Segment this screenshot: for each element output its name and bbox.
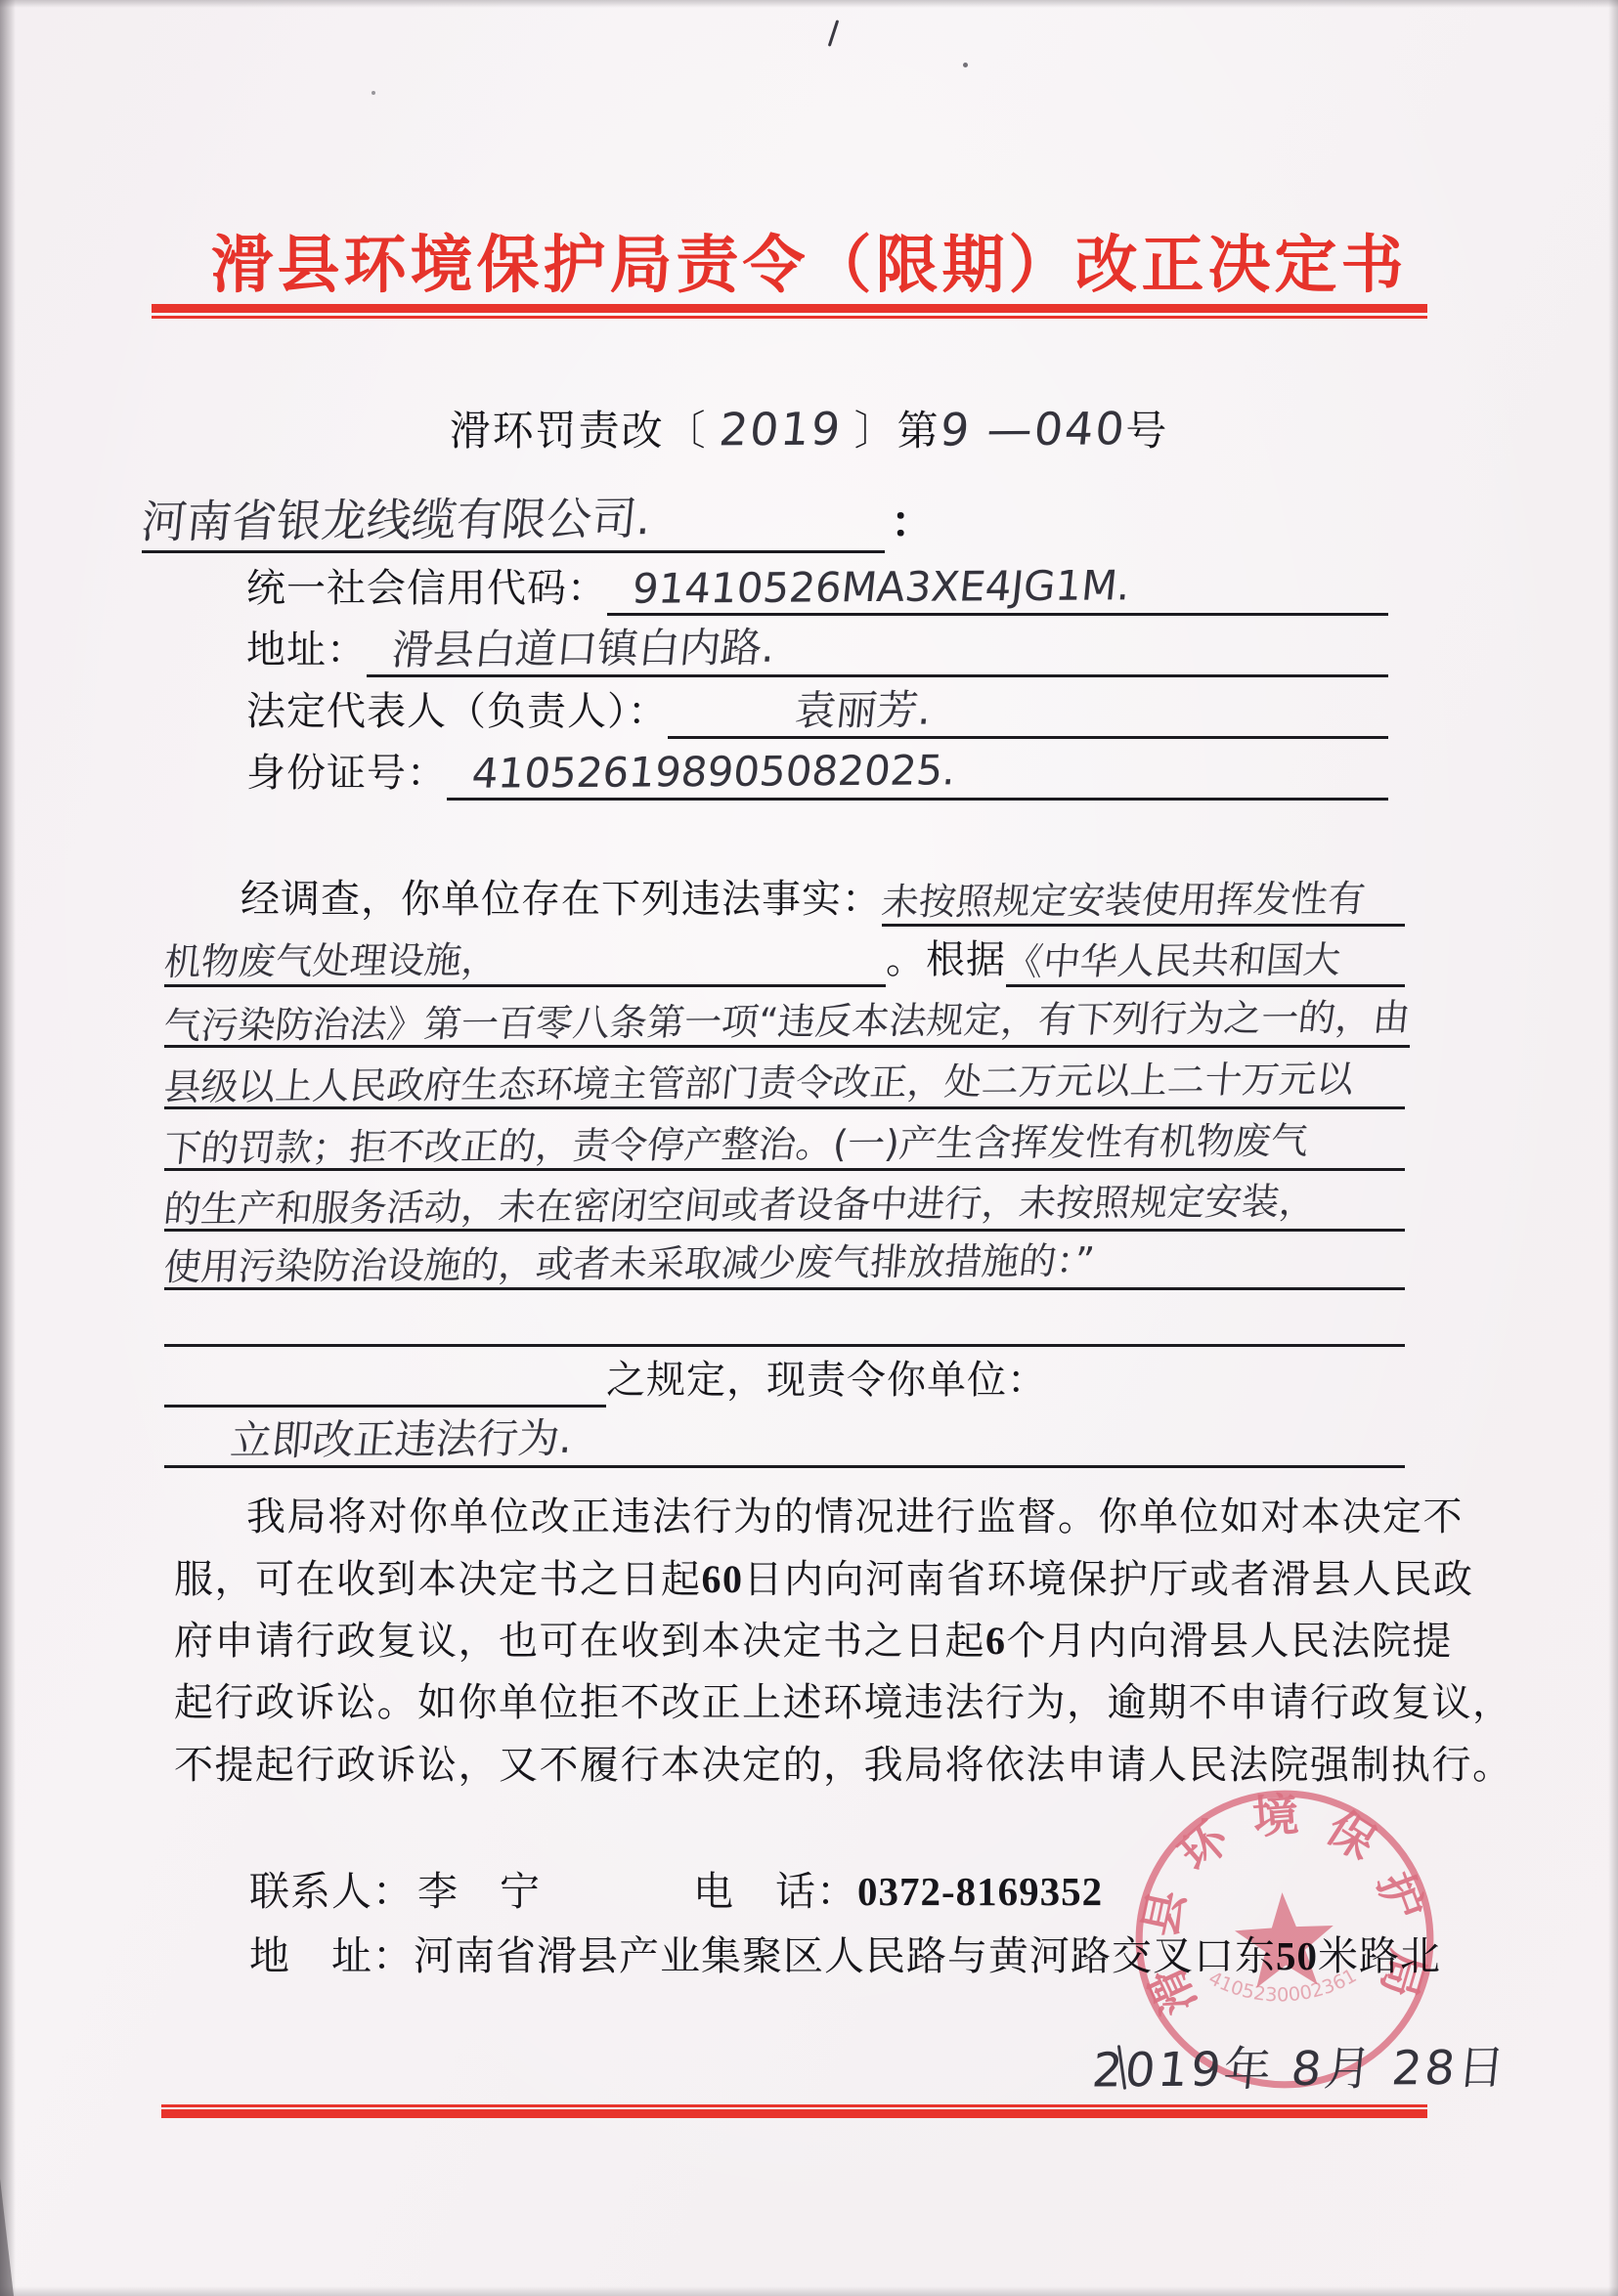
scan-edge-right bbox=[1608, 0, 1618, 2296]
recipient-line: 河南省银龙线缆有限公司. ： bbox=[142, 485, 934, 553]
recipient-name-handwritten: 河南省银龙线缆有限公司. bbox=[139, 490, 654, 551]
star-icon bbox=[1233, 1890, 1336, 1989]
body-paragraph-line: 不提起行政诉讼，又不履行本决定的，我局将依法申请人民法院强制执行。 bbox=[174, 1742, 1513, 1789]
field-row-id-number: 身份证号： 410526198905082025. bbox=[246, 744, 1388, 801]
order-line: 立即改正违法行为. bbox=[164, 1415, 1405, 1468]
handwritten-underlined: 使用污染防治设施的，或者未采取减少废气排放措施的：” bbox=[164, 1241, 1405, 1291]
handwritten-underlined: 下的罚款；拒不改正的，责令停产整治。(一)产生含挥发性有机物废气 bbox=[164, 1122, 1405, 1172]
field-row-address: 地址： 滑县白道口镇白内路. bbox=[246, 621, 1388, 677]
handwritten-text: 机物废气处理设施， bbox=[162, 936, 502, 985]
findings-line-6: 的生产和服务活动，未在密闭空间或者设备中进行，未按照规定安装， bbox=[164, 1179, 1405, 1232]
doc-number-year-handwritten: 2019 bbox=[717, 403, 844, 456]
handwritten-underlined: 的生产和服务活动，未在密闭空间或者设备中进行，未按照规定安装， bbox=[164, 1183, 1405, 1233]
date-text: 2019年 8月 28日 bbox=[1089, 2030, 1510, 2101]
footer-rule bbox=[161, 2104, 1427, 2118]
body-text: 服，可在收到本决定书之日起 bbox=[174, 1557, 702, 1601]
body-text: 我局将对你单位改正违法行为的情况进行监督。你单位如对本决定不 bbox=[246, 1495, 1464, 1538]
doc-number-suffix: 号 bbox=[1125, 410, 1168, 455]
handwritten-underlined: 立即改正违法行为. bbox=[164, 1414, 1405, 1469]
handwritten-text: 《中华人民共和国大 bbox=[1004, 936, 1343, 985]
body-text: 府申请行政复议，也可在收到本决定书之日起 bbox=[174, 1619, 985, 1663]
page-title: 滑县环境保护局责令（限期）改正决定书 bbox=[0, 215, 1618, 305]
body-text: 个月内向滑县人民法院提 bbox=[1007, 1619, 1454, 1663]
handwritten-text: 下的罚款；拒不改正的，责令停产整治。(一)产生含挥发性有机物废气 bbox=[161, 1117, 1310, 1172]
address-label: 地 址： bbox=[249, 1933, 414, 1978]
clause-tail: 之规定，现责令你单位： bbox=[606, 1349, 1047, 1408]
field-value-underline: 袁丽芳. bbox=[668, 685, 1388, 740]
body-paragraph-line: 服，可在收到本决定书之日起60日内向河南省环境保护厅或者滑县人民政 bbox=[174, 1556, 1474, 1603]
body-number: 60 bbox=[702, 1557, 744, 1601]
findings-line-2: 机物废气处理设施， 。根据 《中华人民共和国大 bbox=[164, 934, 1405, 987]
field-value-handwritten: 滑县白道口镇白内路. bbox=[389, 622, 777, 675]
field-value-handwritten: 91410526MA3XE4JG1M. bbox=[630, 560, 1132, 615]
field-label: 地址： bbox=[246, 619, 367, 677]
doc-number: 滑环罚责改〔 2019 〕第9 —040号 bbox=[0, 399, 1618, 457]
phone-number: 0372-8169352 bbox=[857, 1869, 1103, 1914]
field-row-credit-code: 统一社会信用代码： 91410526MA3XE4JG1M. bbox=[246, 559, 1388, 616]
handwritten-text: 的生产和服务活动，未在密闭空间或者设备中进行，未按照规定安装， bbox=[161, 1178, 1319, 1233]
scan-edge-left bbox=[0, 0, 16, 2296]
findings-line-7: 使用污染防治设施的，或者未采取减少废气排放措施的：” bbox=[164, 1237, 1405, 1290]
field-label: 统一社会信用代码： bbox=[246, 557, 607, 616]
scan-artifact bbox=[828, 20, 840, 47]
field-value-underline: 91410526MA3XE4JG1M. bbox=[607, 562, 1388, 617]
scan-artifact bbox=[963, 63, 968, 67]
date-handwritten: 2019年 8月 28日 bbox=[1093, 2031, 1508, 2099]
field-label: 法定代表人（负责人）： bbox=[246, 680, 668, 739]
findings-lead: 经调查，你单位存在下列违法事实： bbox=[164, 868, 882, 927]
handwritten-underlined: 机物废气处理设施， bbox=[164, 938, 886, 988]
handwritten-text: 县级以上人民政府生态环境主管部门责令改正，处二万元以上二十万元以 bbox=[161, 1056, 1356, 1110]
scanned-document: 滑县环境保护局责令（限期）改正决定书 滑环罚责改〔 2019 〕第9 —040号… bbox=[0, 0, 1618, 2296]
handwritten-text: 未按照规定安装使用挥发性有 bbox=[879, 876, 1367, 926]
blank-underline bbox=[164, 1294, 1405, 1347]
findings-line-4: 县级以上人民政府生态环境主管部门责令改正，处二万元以上二十万元以 bbox=[164, 1057, 1405, 1109]
doc-number-mid: 〕第 bbox=[842, 410, 940, 455]
handwritten-underlined: 气污染防治法》第一百零八条第一项“违反本法规定，有下列行为之一的，由 bbox=[164, 999, 1410, 1049]
field-label: 身份证号： bbox=[246, 742, 447, 801]
contact-label: 联系人： bbox=[249, 1869, 414, 1914]
doc-number-serial-handwritten: 9 —040 bbox=[938, 402, 1128, 455]
empty-fill-line bbox=[164, 1405, 606, 1408]
field-row-legal-representative: 法定代表人（负责人）： 袁丽芳. bbox=[246, 682, 1388, 739]
scan-edge-top bbox=[0, 0, 1618, 8]
body-text: 起行政诉讼。如你单位拒不改正上述环境违法行为，逾期不申请行政复议， bbox=[174, 1680, 1513, 1724]
body-number: 6 bbox=[985, 1619, 1007, 1663]
handwritten-underlined: 未按照规定安装使用挥发性有 bbox=[882, 878, 1405, 928]
clause-line: 之规定，现责令你单位： bbox=[164, 1355, 1405, 1408]
body-paragraph-line: 府申请行政复议，也可在收到本决定书之日起6个月内向滑县人民法院提 bbox=[174, 1618, 1453, 1665]
field-value-handwritten: 袁丽芳. bbox=[792, 684, 934, 736]
findings-mid-printed: 。根据 bbox=[886, 929, 1006, 987]
handwritten-underlined: 《中华人民共和国大 bbox=[1006, 938, 1405, 988]
empty-fill-line bbox=[164, 1344, 1405, 1347]
scan-edge-bottom bbox=[0, 2286, 1618, 2296]
doc-number-prefix: 滑环罚责改〔 bbox=[450, 410, 721, 455]
body-paragraph-line: 起行政诉讼。如你单位拒不改正上述环境违法行为，逾期不申请行政复议， bbox=[174, 1679, 1513, 1726]
title-rule bbox=[152, 304, 1427, 319]
body-text: 不提起行政诉讼，又不履行本决定的，我局将依法申请人民法院强制执行。 bbox=[174, 1743, 1513, 1787]
order-handwritten: 立即改正违法行为. bbox=[228, 1412, 575, 1466]
body-text: 日内向河南省环境保护厅或者滑县人民政 bbox=[744, 1557, 1474, 1601]
handwritten-text: 气污染防治法》第一百零八条第一项“违反本法规定，有下列行为之一的，由 bbox=[161, 994, 1412, 1049]
findings-line-5: 下的罚款；拒不改正的，责令停产整治。(一)产生含挥发性有机物废气 bbox=[164, 1118, 1405, 1171]
phone-label: 电 话： bbox=[693, 1869, 857, 1914]
recipient-colon: ： bbox=[885, 487, 934, 553]
findings-line-3: 气污染防治法》第一百零八条第一项“违反本法规定，有下列行为之一的，由 bbox=[164, 995, 1405, 1048]
field-value-handwritten: 410526198905082025. bbox=[469, 745, 958, 800]
scan-corner-shadow bbox=[0, 2179, 14, 2296]
contact-name: 李 宁 bbox=[417, 1869, 541, 1914]
field-value-underline: 滑县白道口镇白内路. bbox=[367, 624, 1388, 678]
body-paragraph-line: 我局将对你单位改正违法行为的情况进行监督。你单位如对本决定不 bbox=[174, 1494, 1464, 1540]
field-value-underline: 410526198905082025. bbox=[447, 747, 1388, 801]
scan-artifact bbox=[372, 91, 375, 95]
handwritten-text: 使用污染防治设施的，或者未采取减少废气排放措施的：” bbox=[161, 1237, 1096, 1290]
handwritten-underlined: 县级以上人民政府生态环境主管部门责令改正，处二万元以上二十万元以 bbox=[164, 1061, 1405, 1110]
findings-line-1: 经调查，你单位存在下列违法事实： 未按照规定安装使用挥发性有 bbox=[164, 874, 1405, 927]
contact-line: 联系人：李 宁电 话：0372-8169352 bbox=[249, 1859, 1103, 1917]
